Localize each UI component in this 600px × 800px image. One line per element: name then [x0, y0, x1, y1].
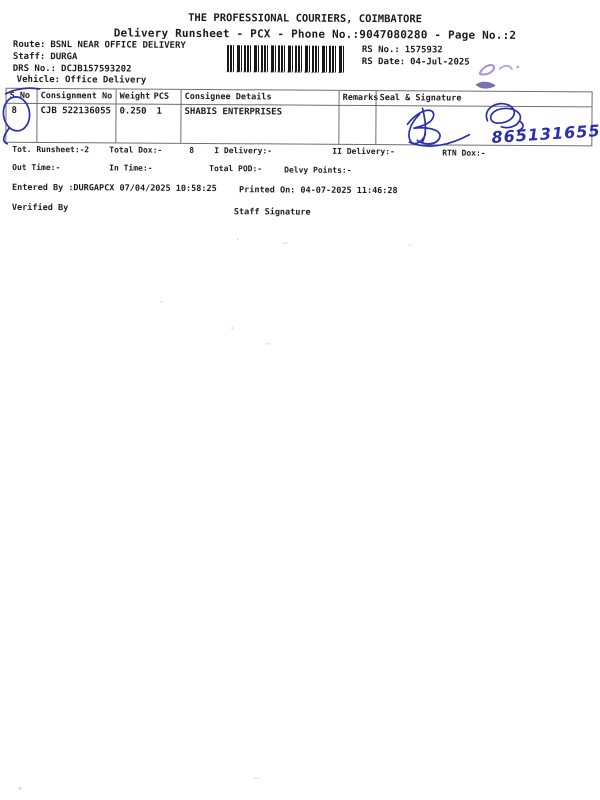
- staff-label: Staff:: [13, 52, 46, 62]
- vehicle-value: Office Delivery: [65, 75, 146, 85]
- cell-remarks: [338, 106, 375, 144]
- verified-by-label: Verified By: [12, 203, 68, 213]
- cell-consignee: SHABIS ENTERPRISES: [180, 105, 338, 144]
- scan-speck: [237, 238, 239, 240]
- total-dox-label: Total Dox:-: [109, 145, 162, 155]
- tot-runsheet-value: 2: [84, 145, 89, 155]
- total-pod-label: Total POD:-: [209, 164, 262, 174]
- col-header-weight-pcs: WeightPCS: [116, 89, 181, 104]
- route-line: Route:BSNL NEAR OFFICE DELIVERY: [13, 40, 186, 52]
- drs-line: DRS No.:DCJB157593202: [13, 64, 132, 76]
- cell-weight-pcs: 0.2501: [115, 104, 180, 142]
- rs-no-value: 1575932: [405, 45, 443, 55]
- route-label: Route:: [13, 40, 46, 50]
- scan-speck: [18, 787, 21, 790]
- ii-delivery-label: II Delivery:-: [332, 147, 395, 157]
- rtn-dox-label: RTN Dox:-: [442, 148, 485, 158]
- route-value: BSNL NEAR OFFICE DELIVERY: [50, 40, 186, 51]
- total-dox-value: 8: [189, 146, 194, 156]
- scan-speck: [409, 244, 411, 246]
- col-header-remarks: Remarks: [339, 91, 376, 106]
- rs-no-line: RS No.:1575932: [362, 45, 443, 56]
- cell-weight: 0.250: [119, 106, 156, 116]
- rs-no-label: RS No.:: [362, 45, 400, 55]
- rs-date-label: RS Date:: [362, 57, 405, 67]
- cell-pcs: 1: [156, 107, 161, 117]
- rs-date-line: RS Date:04-Jul-2025: [362, 57, 470, 69]
- drs-value: DCJB157593202: [61, 64, 132, 74]
- cell-consignment-no: CJB 522136055: [36, 104, 115, 142]
- col-header-consignment-no: Consignment No: [37, 89, 116, 104]
- scan-speck: [231, 327, 233, 329]
- col-header-pcs: PCS: [154, 92, 169, 102]
- entered-by-line: Entered By :DURGAPCX 07/04/2025 10:58:25: [12, 183, 217, 194]
- tot-runsheet-label: Tot. Runsheet:-: [12, 145, 84, 155]
- drs-label: DRS No.:: [13, 64, 56, 74]
- col-header-consignee: Consignee Details: [181, 90, 339, 106]
- i-delivery-label: I Delivery:-: [214, 146, 272, 156]
- scan-speck: [282, 242, 288, 243]
- scan-speck: [160, 301, 162, 303]
- barcode: [227, 45, 345, 73]
- company-name: THE PROFESSIONAL COURIERS, COIMBATORE: [0, 11, 600, 28]
- col-header-weight: Weight: [120, 91, 154, 101]
- circled-serial-annotation: [0, 84, 48, 148]
- printed-on-line: Printed On: 04-07-2025 11:46:28: [239, 185, 398, 196]
- staff-signature-label: Staff Signature: [234, 207, 311, 217]
- staff-line: Staff:DURGA: [13, 52, 78, 63]
- scan-speck: [266, 343, 271, 344]
- document-page: THE PROFESSIONAL COURIERS, COIMBATORE De…: [0, 0, 600, 800]
- signature-scribble-1: [407, 108, 469, 146]
- out-time-label: Out Time:-: [12, 163, 60, 173]
- scan-speck: [253, 777, 259, 778]
- delvy-points-label: Delvy Points:-: [284, 165, 351, 175]
- staff-value: DURGA: [50, 52, 77, 62]
- ink-smudge: [466, 58, 532, 92]
- rs-date-value: 04-Jul-2025: [410, 57, 470, 67]
- in-time-label: In Time:-: [109, 163, 152, 173]
